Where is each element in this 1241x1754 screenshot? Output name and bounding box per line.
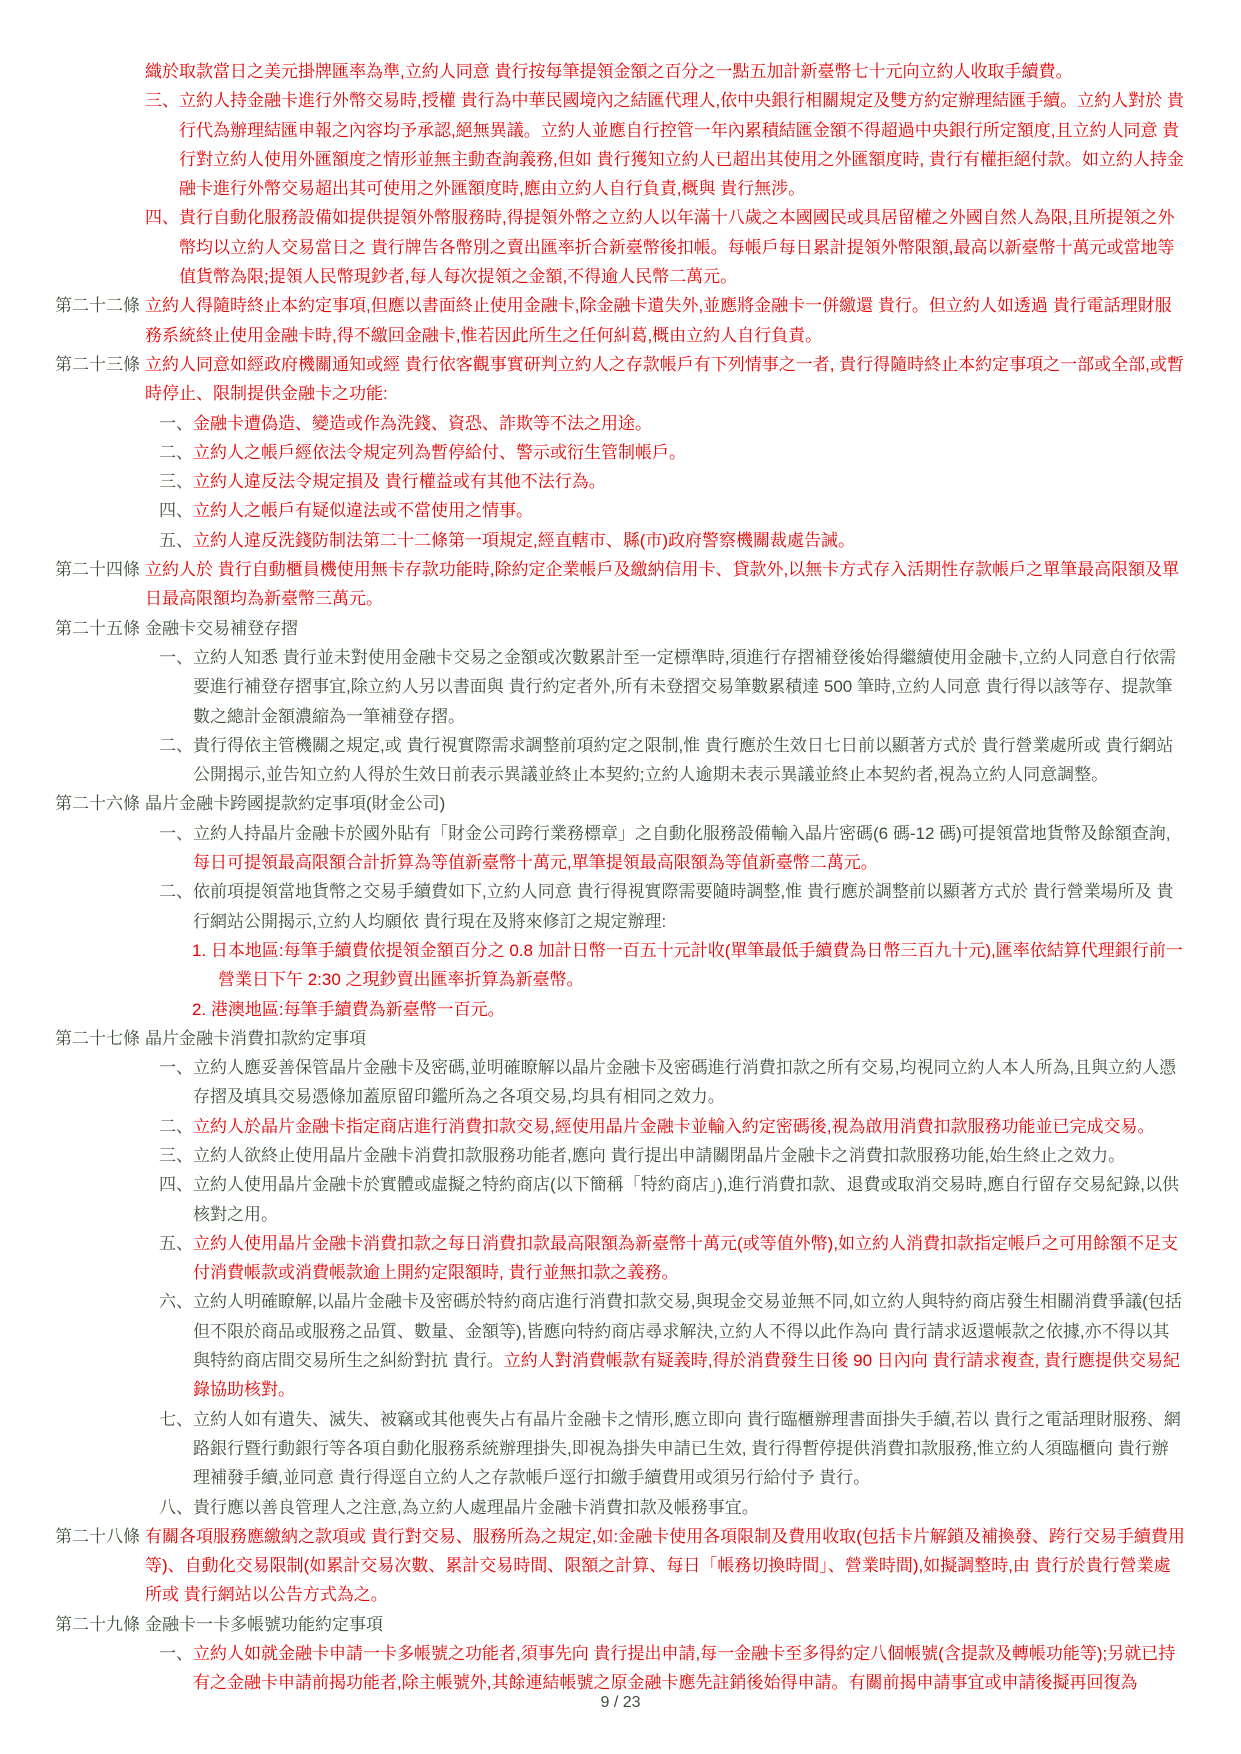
list-marker: 一、 bbox=[159, 648, 193, 667]
paragraph: 立約人於 貴行自動櫃員機使用無卡存款功能時,除約定企業帳戶及繳納信用卡、貸款外,… bbox=[145, 555, 1185, 614]
paragraph: 一、立約人持晶片金融卡於國外貼有「財金公司跨行業務標章」之自動化服務設備輸入晶片… bbox=[145, 819, 1185, 878]
article-row: 第二十九條金融卡一卡多帳號功能約定事項一、立約人如就金融卡申請一卡多帳號之功能者… bbox=[55, 1610, 1185, 1698]
paragraph: 三、立約人持金融卡進行外幣交易時,授權 貴行為中華民國境內之結匯代理人,依中央銀… bbox=[179, 86, 1185, 203]
paragraph: 一、立約人知悉 貴行並未對使用金融卡交易之金額或次數累計至一定標準時,須進行存摺… bbox=[145, 643, 1185, 731]
article-label: 第二十七條 bbox=[55, 1024, 145, 1053]
list-marker: 七、 bbox=[159, 1410, 193, 1429]
text-segment: 立約人得隨時終止本約定事項,但應以書面終止使用金融卡,除金融卡遺失外,並應將金融… bbox=[145, 296, 1172, 344]
terms-document: 織於取款當日之美元掛牌匯率為準,立約人同意 貴行按每筆提領金額之百分之一點五加計… bbox=[55, 57, 1185, 1698]
text-segment: 立約人之帳戶經依法令規定列為暫停給付、警示或衍生管制帳戶。 bbox=[193, 443, 686, 462]
article-label: 第二十八條 bbox=[55, 1522, 145, 1551]
paragraph: 晶片金融卡消費扣款約定事項 bbox=[145, 1024, 1185, 1053]
paragraph: 立約人得隨時終止本約定事項,但應以書面終止使用金融卡,除金融卡遺失外,並應將金融… bbox=[145, 291, 1185, 350]
paragraph: 三、立約人欲終止使用晶片金融卡消費扣款服務功能者,應向 貴行提出申請關閉晶片金融… bbox=[145, 1141, 1185, 1170]
paragraph: 四、立約人使用晶片金融卡於實體或虛擬之特約商店(以下簡稱「特約商店」),進行消費… bbox=[145, 1170, 1185, 1229]
paragraph: 晶片金融卡跨國提款約定事項(財金公司) bbox=[145, 789, 1185, 818]
list-marker: 二、 bbox=[159, 736, 193, 755]
text-segment: 立約人使用晶片金融卡於實體或虛擬之特約商店(以下簡稱「特約商店」),進行消費扣款… bbox=[193, 1175, 1179, 1223]
list-marker: 八、 bbox=[159, 1498, 193, 1517]
text-segment: 晶片金融卡跨國提款約定事項(財金公司) bbox=[145, 794, 445, 813]
article-row: 第二十七條晶片金融卡消費扣款約定事項一、立約人應妥善保管晶片金融卡及密碼,並明確… bbox=[55, 1024, 1185, 1522]
article-row: 第二十五條金融卡交易補登存摺一、立約人知悉 貴行並未對使用金融卡交易之金額或次數… bbox=[55, 614, 1185, 790]
paragraph: 1. 日本地區:每筆手續費依提領金額百分之 0.8 加計日幣一百五十元計收(單筆… bbox=[145, 936, 1185, 995]
list-marker: 一、 bbox=[159, 414, 193, 433]
text-segment: 金融卡一卡多帳號功能約定事項 bbox=[145, 1615, 383, 1634]
list-marker: 五、 bbox=[159, 1234, 193, 1253]
text-segment: 貴行應以善良管理人之注意,為立約人處理晶片金融卡消費扣款及帳務事宜。 bbox=[193, 1498, 759, 1517]
paragraph: 五、立約人使用晶片金融卡消費扣款之每日消費扣款最高限額為新臺幣十萬元(或等值外幣… bbox=[145, 1229, 1185, 1288]
text-segment: 立約人持晶片金融卡於國外貼有「財金公司跨行業務標章」之自動化服務設備輸入晶片密碼… bbox=[193, 824, 1171, 843]
paragraph: 四、立約人之帳戶有疑似違法或不當使用之情事。 bbox=[145, 496, 1185, 525]
paragraph: 三、立約人違反法令規定損及 貴行權益或有其他不法行為。 bbox=[145, 467, 1185, 496]
article-row: 第二十四條立約人於 貴行自動櫃員機使用無卡存款功能時,除約定企業帳戶及繳納信用卡… bbox=[55, 555, 1185, 614]
text-segment: 貴行得依主管機關之規定,或 貴行視實際需求調整前項約定之限制,惟 貴行應於生效日… bbox=[193, 736, 1173, 784]
list-marker: 三、 bbox=[159, 1146, 193, 1165]
paragraph: 四、貴行自動化服務設備如提供提領外幣服務時,得提領外幣之立約人以年滿十八歲之本國… bbox=[179, 203, 1185, 291]
text-segment: 晶片金融卡消費扣款約定事項 bbox=[145, 1029, 366, 1048]
text-segment: 有關各項服務應繳納之款項或 貴行對交易、服務所為之規定,如:金融卡使用各項限制及… bbox=[145, 1527, 1185, 1605]
text-segment: 金融卡交易補登存摺 bbox=[145, 619, 298, 638]
text-segment: 立約人知悉 貴行並未對使用金融卡交易之金額或次數累計至一定標準時,須進行存摺補登… bbox=[193, 648, 1176, 726]
text-segment: 立約人如就金融卡申請一卡多帳號之功能者,須事先向 貴行提出申請,每一金融卡至多得… bbox=[193, 1644, 1175, 1692]
list-marker: 1. bbox=[192, 941, 211, 960]
list-marker: 二、 bbox=[159, 1117, 193, 1136]
list-marker: 六、 bbox=[159, 1292, 193, 1311]
paragraph: 有關各項服務應繳納之款項或 貴行對交易、服務所為之規定,如:金融卡使用各項限制及… bbox=[145, 1522, 1185, 1610]
paragraph: 八、貴行應以善良管理人之注意,為立約人處理晶片金融卡消費扣款及帳務事宜。 bbox=[145, 1493, 1185, 1522]
article-content: 晶片金融卡跨國提款約定事項(財金公司)一、立約人持晶片金融卡於國外貼有「財金公司… bbox=[145, 789, 1185, 1023]
paragraph: 立約人同意如經政府機關通知或經 貴行依客觀事實研判立約人之存款帳戶有下列情事之一… bbox=[145, 350, 1185, 409]
text-segment: 立約人違反法令規定損及 貴行權益或有其他不法行為。 bbox=[193, 472, 606, 491]
article-content: 金融卡一卡多帳號功能約定事項一、立約人如就金融卡申請一卡多帳號之功能者,須事先向… bbox=[145, 1610, 1185, 1698]
paragraph: 二、立約人於晶片金融卡指定商店進行消費扣款交易,經使用晶片金融卡並輸入約定密碼後… bbox=[145, 1112, 1185, 1141]
article-label: 第二十二條 bbox=[55, 291, 145, 320]
list-marker: 2. bbox=[192, 1000, 211, 1019]
article-label: 第二十六條 bbox=[55, 789, 145, 818]
list-marker: 三、 bbox=[159, 472, 193, 491]
list-marker: 一、 bbox=[159, 1644, 193, 1663]
paragraph: 二、貴行得依主管機關之規定,或 貴行視實際需求調整前項約定之限制,惟 貴行應於生… bbox=[145, 731, 1185, 790]
text-segment: 金融卡遭偽造、變造或作為洗錢、資恐、詐欺等不法之用途。 bbox=[193, 414, 652, 433]
article-content: 金融卡交易補登存摺一、立約人知悉 貴行並未對使用金融卡交易之金額或次數累計至一定… bbox=[145, 614, 1185, 790]
text-segment: 港澳地區:每筆手續費為新臺幣一百元。 bbox=[211, 1000, 505, 1019]
article-content: 織於取款當日之美元掛牌匯率為準,立約人同意 貴行按每筆提領金額之百分之一點五加計… bbox=[145, 57, 1185, 291]
text-segment: 立約人於晶片金融卡指定商店進行消費扣款交易,經使用晶片金融卡並輸入約定密碼後,視… bbox=[193, 1117, 1154, 1136]
paragraph: 五、立約人違反洗錢防制法第二十二條第一項規定,經直轄市、縣(市)政府警察機關裁處… bbox=[145, 526, 1185, 555]
article-row: 第二十六條晶片金融卡跨國提款約定事項(財金公司)一、立約人持晶片金融卡於國外貼有… bbox=[55, 789, 1185, 1023]
text-segment: 每日可提領最高限額合計折算為等值新臺幣十萬元,單筆提領最高限額為等值新臺幣二萬元… bbox=[193, 853, 878, 872]
text-segment: 立約人之帳戶有疑似違法或不當使用之情事。 bbox=[193, 501, 533, 520]
paragraph: 七、立約人如有遺失、滅失、被竊或其他喪失占有晶片金融卡之情形,應立即向 貴行臨櫃… bbox=[145, 1405, 1185, 1493]
text-segment: 立約人應妥善保管晶片金融卡及密碼,並明確瞭解以晶片金融卡及密碼進行消費扣款之所有… bbox=[193, 1058, 1176, 1106]
page-number: 9 / 23 bbox=[0, 1688, 1241, 1717]
text-segment: 立約人如有遺失、滅失、被竊或其他喪失占有晶片金融卡之情形,應立即向 貴行臨櫃辦理… bbox=[193, 1410, 1181, 1488]
list-marker: 五、 bbox=[159, 531, 193, 550]
article-row: 第二十八條有關各項服務應繳納之款項或 貴行對交易、服務所為之規定,如:金融卡使用… bbox=[55, 1522, 1185, 1610]
list-marker: 二、 bbox=[159, 443, 193, 462]
list-marker: 二、 bbox=[159, 882, 193, 901]
list-marker: 四、 bbox=[159, 1175, 193, 1194]
paragraph: 金融卡交易補登存摺 bbox=[145, 614, 1185, 643]
article-content: 晶片金融卡消費扣款約定事項一、立約人應妥善保管晶片金融卡及密碼,並明確瞭解以晶片… bbox=[145, 1024, 1185, 1522]
text-segment: 立約人持金融卡進行外幣交易時,授權 貴行為中華民國境內之結匯代理人,依中央銀行相… bbox=[179, 91, 1184, 198]
paragraph: 二、立約人之帳戶經依法令規定列為暫停給付、警示或衍生管制帳戶。 bbox=[145, 438, 1185, 467]
article-row: 第二十二條立約人得隨時終止本約定事項,但應以書面終止使用金融卡,除金融卡遺失外,… bbox=[55, 291, 1185, 350]
paragraph: 織於取款當日之美元掛牌匯率為準,立約人同意 貴行按每筆提領金額之百分之一點五加計… bbox=[145, 57, 1185, 86]
article-content: 立約人得隨時終止本約定事項,但應以書面終止使用金融卡,除金融卡遺失外,並應將金融… bbox=[145, 291, 1185, 350]
article-content: 有關各項服務應繳納之款項或 貴行對交易、服務所為之規定,如:金融卡使用各項限制及… bbox=[145, 1522, 1185, 1610]
text-segment: 立約人欲終止使用晶片金融卡消費扣款服務功能者,應向 貴行提出申請關閉晶片金融卡之… bbox=[193, 1146, 1125, 1165]
article-label: 第二十三條 bbox=[55, 350, 145, 379]
article-row: 第二十三條立約人同意如經政府機關通知或經 貴行依客觀事實研判立約人之存款帳戶有下… bbox=[55, 350, 1185, 555]
text-segment: 貴行自動化服務設備如提供提領外幣服務時,得提領外幣之立約人以年滿十八歲之本國國民… bbox=[179, 208, 1174, 286]
paragraph: 一、金融卡遭偽造、變造或作為洗錢、資恐、詐欺等不法之用途。 bbox=[145, 409, 1185, 438]
article-label: 第二十九條 bbox=[55, 1610, 145, 1639]
article-content: 立約人同意如經政府機關通知或經 貴行依客觀事實研判立約人之存款帳戶有下列情事之一… bbox=[145, 350, 1185, 555]
article-row: 織於取款當日之美元掛牌匯率為準,立約人同意 貴行按每筆提領金額之百分之一點五加計… bbox=[55, 57, 1185, 291]
text-segment: 立約人違反洗錢防制法第二十二條第一項規定,經直轄市、縣(市)政府警察機關裁處告誡… bbox=[193, 531, 855, 550]
text-segment: 立約人於 貴行自動櫃員機使用無卡存款功能時,除約定企業帳戶及繳納信用卡、貸款外,… bbox=[145, 560, 1179, 608]
text-segment: 織於取款當日之美元掛牌匯率為準,立約人同意 貴行按每筆提領金額之百分之一點五加計… bbox=[145, 62, 1072, 81]
list-marker: 三、 bbox=[145, 91, 179, 110]
paragraph: 2. 港澳地區:每筆手續費為新臺幣一百元。 bbox=[145, 995, 1185, 1024]
list-marker: 四、 bbox=[145, 208, 179, 227]
list-marker: 一、 bbox=[159, 1058, 193, 1077]
text-segment: 立約人同意如經政府機關通知或經 貴行依客觀事實研判立約人之存款帳戶有下列情事之一… bbox=[145, 355, 1184, 403]
paragraph: 一、立約人應妥善保管晶片金融卡及密碼,並明確瞭解以晶片金融卡及密碼進行消費扣款之… bbox=[145, 1053, 1185, 1112]
article-label: 第二十四條 bbox=[55, 555, 145, 584]
article-label: 第二十五條 bbox=[55, 614, 145, 643]
paragraph: 二、依前項提領當地貨幣之交易手續費如下,立約人同意 貴行得視實際需要隨時調整,惟… bbox=[145, 877, 1185, 936]
text-segment: 立約人使用晶片金融卡消費扣款之每日消費扣款最高限額為新臺幣十萬元(或等值外幣),… bbox=[193, 1234, 1178, 1282]
text-segment: 依前項提領當地貨幣之交易手續費如下,立約人同意 貴行得視實際需要隨時調整,惟 貴… bbox=[193, 882, 1173, 930]
paragraph: 六、立約人明確瞭解,以晶片金融卡及密碼於特約商店進行消費扣款交易,與現金交易並無… bbox=[145, 1287, 1185, 1404]
list-marker: 四、 bbox=[159, 501, 193, 520]
article-content: 立約人於 貴行自動櫃員機使用無卡存款功能時,除約定企業帳戶及繳納信用卡、貸款外,… bbox=[145, 555, 1185, 614]
paragraph: 金融卡一卡多帳號功能約定事項 bbox=[145, 1610, 1185, 1639]
list-marker: 一、 bbox=[159, 824, 193, 843]
text-segment: 日本地區:每筆手續費依提領金額百分之 0.8 加計日幣一百五十元計收(單筆最低手… bbox=[211, 941, 1183, 989]
